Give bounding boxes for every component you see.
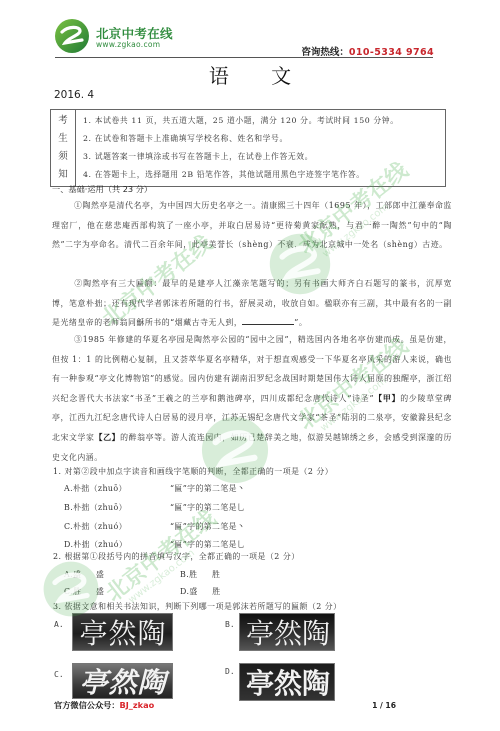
blank-marker-yi: 【乙】 bbox=[95, 433, 121, 442]
page-header: 北京中考在线 www.zgkao.com 咨询热线：010-5334 9764 bbox=[52, 18, 434, 58]
section-heading: 一、基础·运用（共 23 分） bbox=[52, 184, 152, 195]
q2-option-a[interactable]: A.盛 盛 bbox=[64, 569, 104, 580]
notice-label-char: 须 bbox=[58, 148, 68, 166]
q1-option-a[interactable]: A.朴拙（zhuō） bbox=[64, 483, 127, 494]
notice-label-char: 考 bbox=[58, 112, 68, 130]
q1-option-b[interactable]: B.朴拙（zhuō） bbox=[64, 502, 127, 513]
q1-option-c-stroke: “匾”字的第二笔是丶 bbox=[170, 521, 245, 532]
header-divider bbox=[55, 57, 433, 58]
notice-items: 1. 本试卷共 11 页，共五道大题，25 道小题，满分 120 分。考试时间 … bbox=[76, 110, 445, 186]
q3-option-a-letter: A. bbox=[54, 620, 64, 629]
notice-label: 考 生 须 知 bbox=[51, 110, 76, 186]
notice-label-char: 知 bbox=[58, 166, 68, 184]
document-date: 2016. 4 bbox=[54, 89, 94, 101]
notice-item: 3. 试题答案一律填涂或书写在答题卡上，在试卷上作答无效。 bbox=[83, 148, 445, 166]
passage-paragraph-2: ②陶然亭有三大匾额：最早的是建亭人江藻亲笔题写的；另有书画大师齐白石题写的篆书，… bbox=[52, 274, 452, 333]
hotline: 咨询热线：010-5334 9764 bbox=[301, 44, 434, 58]
paragraph-text: ③1985 年修建的华夏名亭园是陶然亭公园的“园中之园”，精选国内各地名亭仿建而… bbox=[52, 335, 452, 403]
q3-option-b-calligraphy-image[interactable]: 亭然陶 bbox=[239, 613, 335, 651]
wechat-account: BJ_zkao bbox=[120, 700, 155, 710]
exam-notice-box: 考 生 须 知 1. 本试卷共 11 页，共五道大题，25 道小题，满分 120… bbox=[50, 109, 446, 187]
q2-option-d[interactable]: D.盛 胜 bbox=[180, 586, 221, 597]
passage-paragraph-3: ③1985 年修建的华夏名亭园是陶然亭公园的“园中之园”，精选国内各地名亭仿建而… bbox=[52, 330, 452, 467]
q1-option-d-stroke: “匾”字的第二笔是乚 bbox=[170, 539, 245, 550]
q3-option-c-calligraphy-image[interactable]: 亭然陶 bbox=[72, 663, 173, 699]
fill-blank bbox=[242, 316, 294, 325]
page-number: 1 / 16 bbox=[372, 701, 396, 710]
blank-marker-jia: 【甲】 bbox=[374, 394, 400, 403]
zgkao-logo-icon bbox=[54, 18, 90, 54]
notice-item: 2. 在试卷和答题卡上准确填写学校名称、姓名和学号。 bbox=[83, 130, 445, 148]
paragraph-text: ①陶然亭是清代名亭，为中国四大历史名亭之一。清康熙三十四年（1695 年），工部… bbox=[52, 201, 452, 249]
q3-option-b-letter: B. bbox=[225, 620, 235, 629]
q2-option-b[interactable]: B.胜 胜 bbox=[180, 569, 220, 580]
q3-option-d-calligraphy-image[interactable]: 亭然陶 bbox=[239, 663, 335, 701]
q3-option-c-letter: C. bbox=[54, 670, 64, 679]
footer-wechat: 官方微信公众号：BJ_zkao bbox=[54, 700, 154, 711]
document-title: 语 文 bbox=[0, 60, 500, 89]
question-3-stem: 3. 依据文意和相关书法知识，判断下列哪一项是郭沫若所题写的匾额（2 分） bbox=[53, 601, 342, 612]
wechat-label: 官方微信公众号： bbox=[54, 700, 120, 710]
notice-item: 1. 本试卷共 11 页，共五道大题，25 道小题，满分 120 分。考试时间 … bbox=[83, 112, 445, 130]
q3-option-a-calligraphy-image[interactable]: 亭然陶 bbox=[72, 613, 173, 651]
passage-paragraph-1: ①陶然亭是清代名亭，为中国四大历史名亭之一。清康熙三十四年（1695 年），工部… bbox=[52, 196, 452, 255]
question-2-stem: 2. 根据第①段括号内的拼音填写汉字，全都正确的一项是（2 分） bbox=[53, 551, 300, 562]
q1-option-d[interactable]: D.朴拙（zhuó） bbox=[64, 539, 127, 550]
notice-label-char: 生 bbox=[58, 130, 68, 148]
q1-option-b-stroke: “匾”字的第二笔是乚 bbox=[170, 502, 245, 513]
question-1-stem: 1. 对第②段中加点字读音和画线字笔顺的判断，全都正确的一项是（2 分） bbox=[53, 466, 333, 477]
brand-url[interactable]: www.zgkao.com bbox=[96, 40, 160, 49]
notice-item: 4. 在答题卡上，选择题用 2B 铅笔作答，其他试题用黑色字迹签字笔作答。 bbox=[83, 166, 445, 184]
q3-option-d-letter: D. bbox=[225, 667, 235, 676]
q1-option-c[interactable]: C.朴拙（zhuó） bbox=[64, 521, 127, 532]
q1-option-a-stroke: “匾”字的第二笔是丶 bbox=[170, 483, 245, 494]
paragraph-text: ”。 bbox=[294, 318, 307, 327]
q2-option-c[interactable]: C.胜 盛 bbox=[64, 586, 104, 597]
